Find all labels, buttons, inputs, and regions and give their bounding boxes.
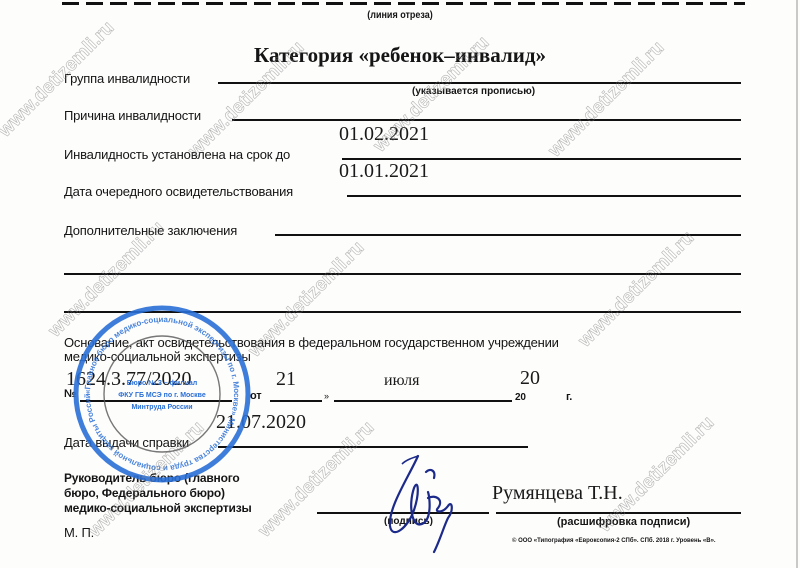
stamp-inner-line3: Минтруда России: [131, 404, 192, 411]
head-label-line2: бюро, Федерального бюро): [64, 486, 225, 500]
additional-conclusions-line-1: [275, 234, 741, 236]
basis-text-line1: Основание, акт освидетельствования в фед…: [64, 335, 559, 350]
act-day-line: [270, 400, 322, 402]
act-year-value: 20: [520, 367, 540, 390]
head-label-line1: Руководитель бюро (главного: [64, 471, 240, 485]
issue-date-label: Дата выдачи справки: [64, 435, 189, 450]
next-examination-line: [347, 195, 741, 197]
signature-icon: [378, 448, 468, 558]
cut-line: [62, 2, 745, 5]
year-prefix: 20: [515, 392, 526, 403]
watermark: www.detizemli.ru: [574, 227, 699, 352]
signature-line: [317, 512, 489, 514]
watermark: www.detizemli.ru: [254, 417, 379, 542]
signature-hint: (подпись): [384, 516, 433, 527]
next-examination-label: Дата очередного освидетельствования: [64, 184, 293, 199]
disability-group-line: [218, 82, 741, 84]
disability-cause-line: [232, 119, 741, 121]
head-name-hint: (расшифровка подписи): [557, 516, 690, 528]
document-title: Категория «ребенок–инвалид»: [0, 43, 800, 68]
act-number-value: 1624.3.77/2020: [66, 368, 192, 391]
disability-group-label: Группа инвалидности: [64, 71, 190, 86]
disability-group-hint: (указывается прописью): [412, 86, 535, 97]
issue-date-value: 21.07.2020: [216, 411, 306, 434]
cut-line-label: (линия отреза): [40, 10, 760, 21]
established-until-value: 01.02.2021: [339, 123, 429, 146]
stamp-inner-line2: ФКУ ГБ МСЭ по г. Москве: [118, 392, 206, 399]
act-month-value: июля: [384, 372, 419, 390]
seal-place-label: М. П.: [64, 525, 94, 540]
head-name-value: Румянцева Т.Н.: [492, 482, 623, 505]
seal-stamp-icon: «Главное бюро медико-социальной эксперти…: [73, 305, 251, 483]
basis-text-line2: медико-социальной экспертизы: [64, 349, 251, 364]
disability-cause-label: Причина инвалидности: [64, 108, 201, 123]
additional-conclusions-label: Дополнительные заключения: [64, 223, 237, 238]
act-number-line: [80, 400, 232, 402]
page-edge: [796, 0, 798, 568]
next-examination-value: 01.01.2021: [339, 160, 429, 183]
from-label: от: [250, 390, 261, 402]
head-label-line3: медико-социальной экспертизы: [64, 501, 252, 515]
additional-conclusions-line-3: [64, 311, 741, 313]
act-month-line: [334, 400, 512, 402]
additional-conclusions-line-2: [64, 273, 741, 275]
year-suffix: г.: [566, 391, 572, 403]
quote-close: »: [324, 391, 329, 401]
head-name-line: [496, 512, 741, 514]
established-until-label: Инвалидность установлена на срок до: [64, 147, 290, 162]
printer-note: © ООО «Типография «Евроксопия-2 СПб». СП…: [512, 538, 716, 544]
issue-date-line: [218, 446, 528, 448]
act-day-value: 21: [276, 368, 296, 391]
